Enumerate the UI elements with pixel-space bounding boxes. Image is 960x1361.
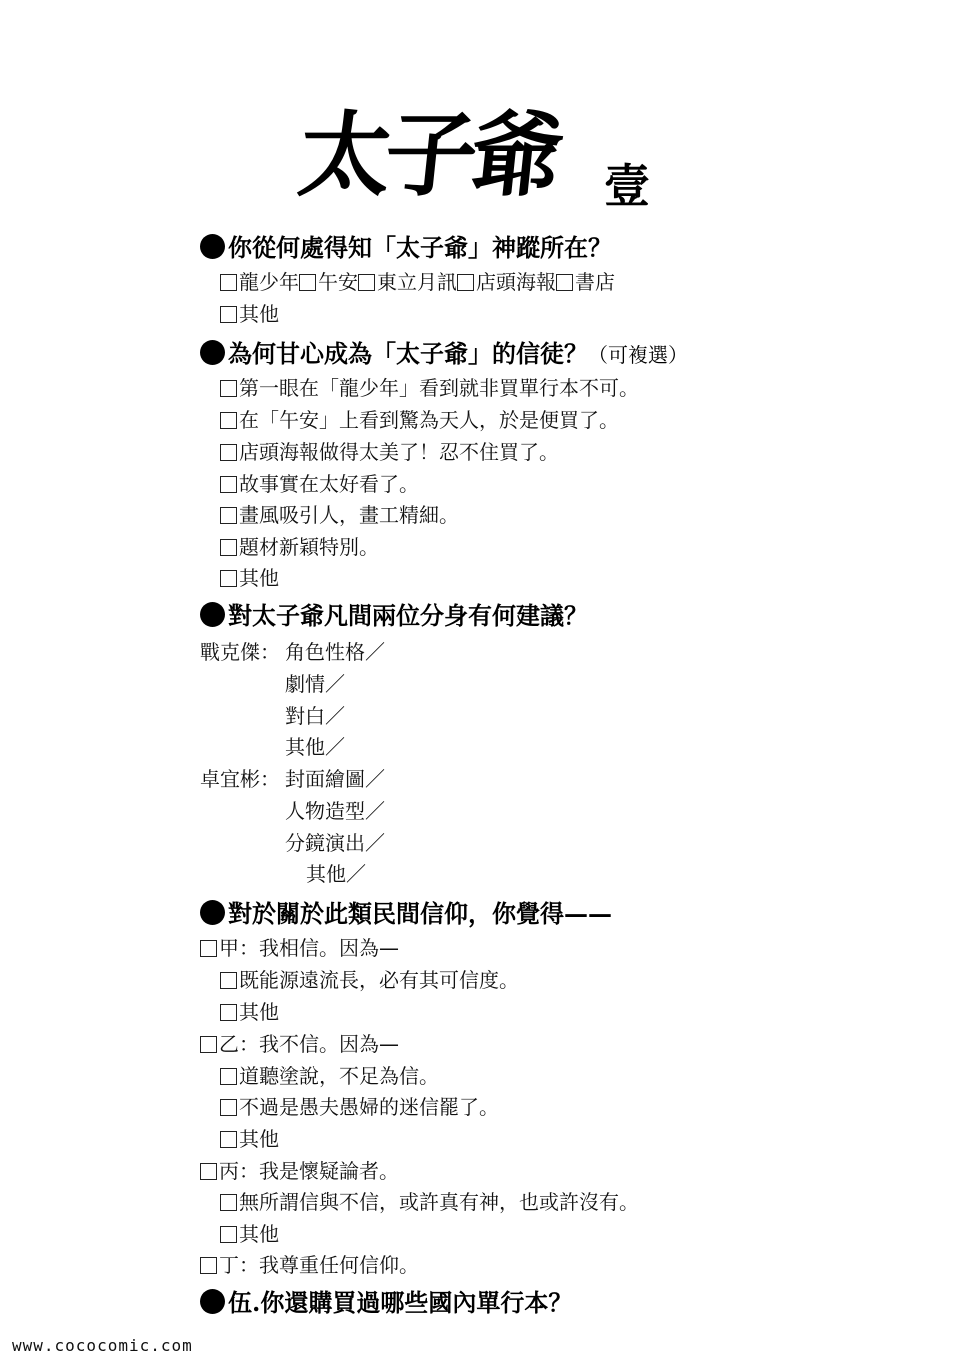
option-label: 其他	[239, 1127, 279, 1151]
option-row: 其他	[220, 1123, 279, 1152]
suggestion-field[interactable]: 封面繪圖／	[285, 763, 385, 792]
question-suggestions: 對太子爺凡間兩位分身有何建議？	[200, 596, 588, 631]
option-label: 其他	[239, 1000, 279, 1024]
option-row: 龍少年午安東立月訊店頭海報書店	[220, 266, 615, 295]
volume-number: 壹	[604, 150, 650, 216]
choice-row: 丁：我尊重任何信仰。	[200, 1249, 419, 1278]
question-title: 你從何處得知「太子爺」神蹤所在？	[228, 233, 612, 262]
option-row: 畫風吸引人，畫工精細。	[220, 499, 459, 528]
author-label: 戰克傑：	[200, 636, 280, 665]
option-label: 書店	[575, 270, 615, 294]
checkbox[interactable]	[220, 972, 237, 989]
question-title: 對於關於此類民間信仰，你覺得——	[228, 899, 612, 928]
question-reason: 為何甘心成為「太子爺」的信徒？（可複選）	[200, 334, 688, 369]
checkbox[interactable]	[200, 1036, 217, 1053]
checkbox[interactable]	[200, 1163, 217, 1180]
checkbox[interactable]	[220, 539, 237, 556]
option-row: 其他	[220, 298, 279, 327]
checkbox[interactable]	[220, 570, 237, 587]
bullet-icon	[200, 234, 225, 259]
suggestion-field[interactable]: 其他／	[285, 731, 345, 760]
option-row: 無所謂信與不信，或許真有神，也或許沒有。	[220, 1186, 639, 1215]
choice-label: 乙：我不信。因為—	[219, 1032, 399, 1056]
option-label: 其他	[239, 1222, 279, 1246]
option-label: 無所謂信與不信，或許真有神，也或許沒有。	[239, 1190, 639, 1214]
choice-row: 甲：我相信。因為—	[200, 932, 399, 961]
checkbox[interactable]	[220, 1194, 237, 1211]
option-label: 畫風吸引人，畫工精細。	[239, 503, 459, 527]
checkbox[interactable]	[220, 1131, 237, 1148]
checkbox[interactable]	[457, 274, 474, 291]
checkbox[interactable]	[220, 1004, 237, 1021]
question-other-books: 伍.你還購買過哪些國內單行本？	[200, 1283, 572, 1318]
suggestion-field[interactable]: 分鏡演出／	[285, 827, 385, 856]
option-row: 第一眼在「龍少年」看到就非買單行本不可。	[220, 372, 639, 401]
checkbox[interactable]	[220, 507, 237, 524]
option-label: 題材新穎特別。	[239, 535, 379, 559]
choice-label: 丁：我尊重任何信仰。	[219, 1253, 419, 1277]
checkbox[interactable]	[220, 274, 237, 291]
question-title: 伍.你還購買過哪些國內單行本？	[228, 1288, 572, 1317]
checkbox[interactable]	[220, 1068, 237, 1085]
suggestion-field[interactable]: 人物造型／	[285, 795, 385, 824]
checkbox[interactable]	[556, 274, 573, 291]
question-note: （可複選）	[588, 343, 688, 367]
checkbox[interactable]	[200, 940, 217, 957]
option-label: 故事實在太好看了。	[239, 472, 419, 496]
option-label: 龍少年	[239, 270, 299, 294]
option-row: 道聽塗說，不足為信。	[220, 1060, 439, 1089]
option-row: 店頭海報做得太美了！忍不住買了。	[220, 436, 559, 465]
option-label: 店頭海報	[476, 270, 556, 294]
checkbox[interactable]	[220, 444, 237, 461]
choice-row: 乙：我不信。因為—	[200, 1028, 399, 1057]
author-label: 卓宜彬：	[200, 763, 280, 792]
checkbox[interactable]	[358, 274, 375, 291]
checkbox[interactable]	[220, 306, 237, 323]
option-row: 其他	[220, 996, 279, 1025]
watermark: www.cococomic.com	[12, 1336, 193, 1355]
question-belief: 對於關於此類民間信仰，你覺得——	[200, 894, 612, 929]
checkbox[interactable]	[200, 1257, 217, 1274]
option-label: 不過是愚夫愚婦的迷信罷了。	[239, 1095, 499, 1119]
checkbox[interactable]	[220, 380, 237, 397]
suggestion-field[interactable]: 角色性格／	[285, 636, 385, 665]
option-row: 不過是愚夫愚婦的迷信罷了。	[220, 1091, 499, 1120]
bullet-icon	[200, 602, 225, 627]
option-row: 既能源遠流長，必有其可信度。	[220, 964, 519, 993]
checkbox[interactable]	[299, 274, 316, 291]
choice-label: 丙：我是懷疑論者。	[219, 1159, 399, 1183]
bullet-icon	[200, 340, 225, 365]
suggestion-field[interactable]: 對白／	[285, 700, 345, 729]
option-label: 既能源遠流長，必有其可信度。	[239, 968, 519, 992]
choice-row: 丙：我是懷疑論者。	[200, 1155, 399, 1184]
suggestion-field[interactable]: 其他／	[306, 858, 366, 887]
option-label: 東立月訊	[377, 270, 457, 294]
option-label: 在「午安」上看到驚為天人，於是便買了。	[239, 408, 619, 432]
option-label: 第一眼在「龍少年」看到就非買單行本不可。	[239, 376, 639, 400]
series-title: 太子爺	[293, 82, 565, 214]
checkbox[interactable]	[220, 476, 237, 493]
option-row: 在「午安」上看到驚為天人，於是便買了。	[220, 404, 619, 433]
option-label: 午安	[318, 270, 358, 294]
checkbox[interactable]	[220, 412, 237, 429]
option-label: 其他	[239, 302, 279, 326]
checkbox[interactable]	[220, 1226, 237, 1243]
checkbox[interactable]	[220, 1099, 237, 1116]
option-row: 題材新穎特別。	[220, 531, 379, 560]
option-row: 故事實在太好看了。	[220, 468, 419, 497]
suggestion-field[interactable]: 劇情／	[285, 668, 345, 697]
bullet-icon	[200, 900, 225, 925]
question-title: 為何甘心成為「太子爺」的信徒？	[228, 339, 588, 368]
option-label: 店頭海報做得太美了！忍不住買了。	[239, 440, 559, 464]
question-source: 你從何處得知「太子爺」神蹤所在？	[200, 228, 612, 263]
option-label: 道聽塗說，不足為信。	[239, 1064, 439, 1088]
bullet-icon	[200, 1289, 225, 1314]
choice-label: 甲：我相信。因為—	[219, 936, 399, 960]
option-row: 其他	[220, 562, 279, 591]
question-title: 對太子爺凡間兩位分身有何建議？	[228, 601, 588, 630]
option-label: 其他	[239, 566, 279, 590]
option-row: 其他	[220, 1218, 279, 1247]
